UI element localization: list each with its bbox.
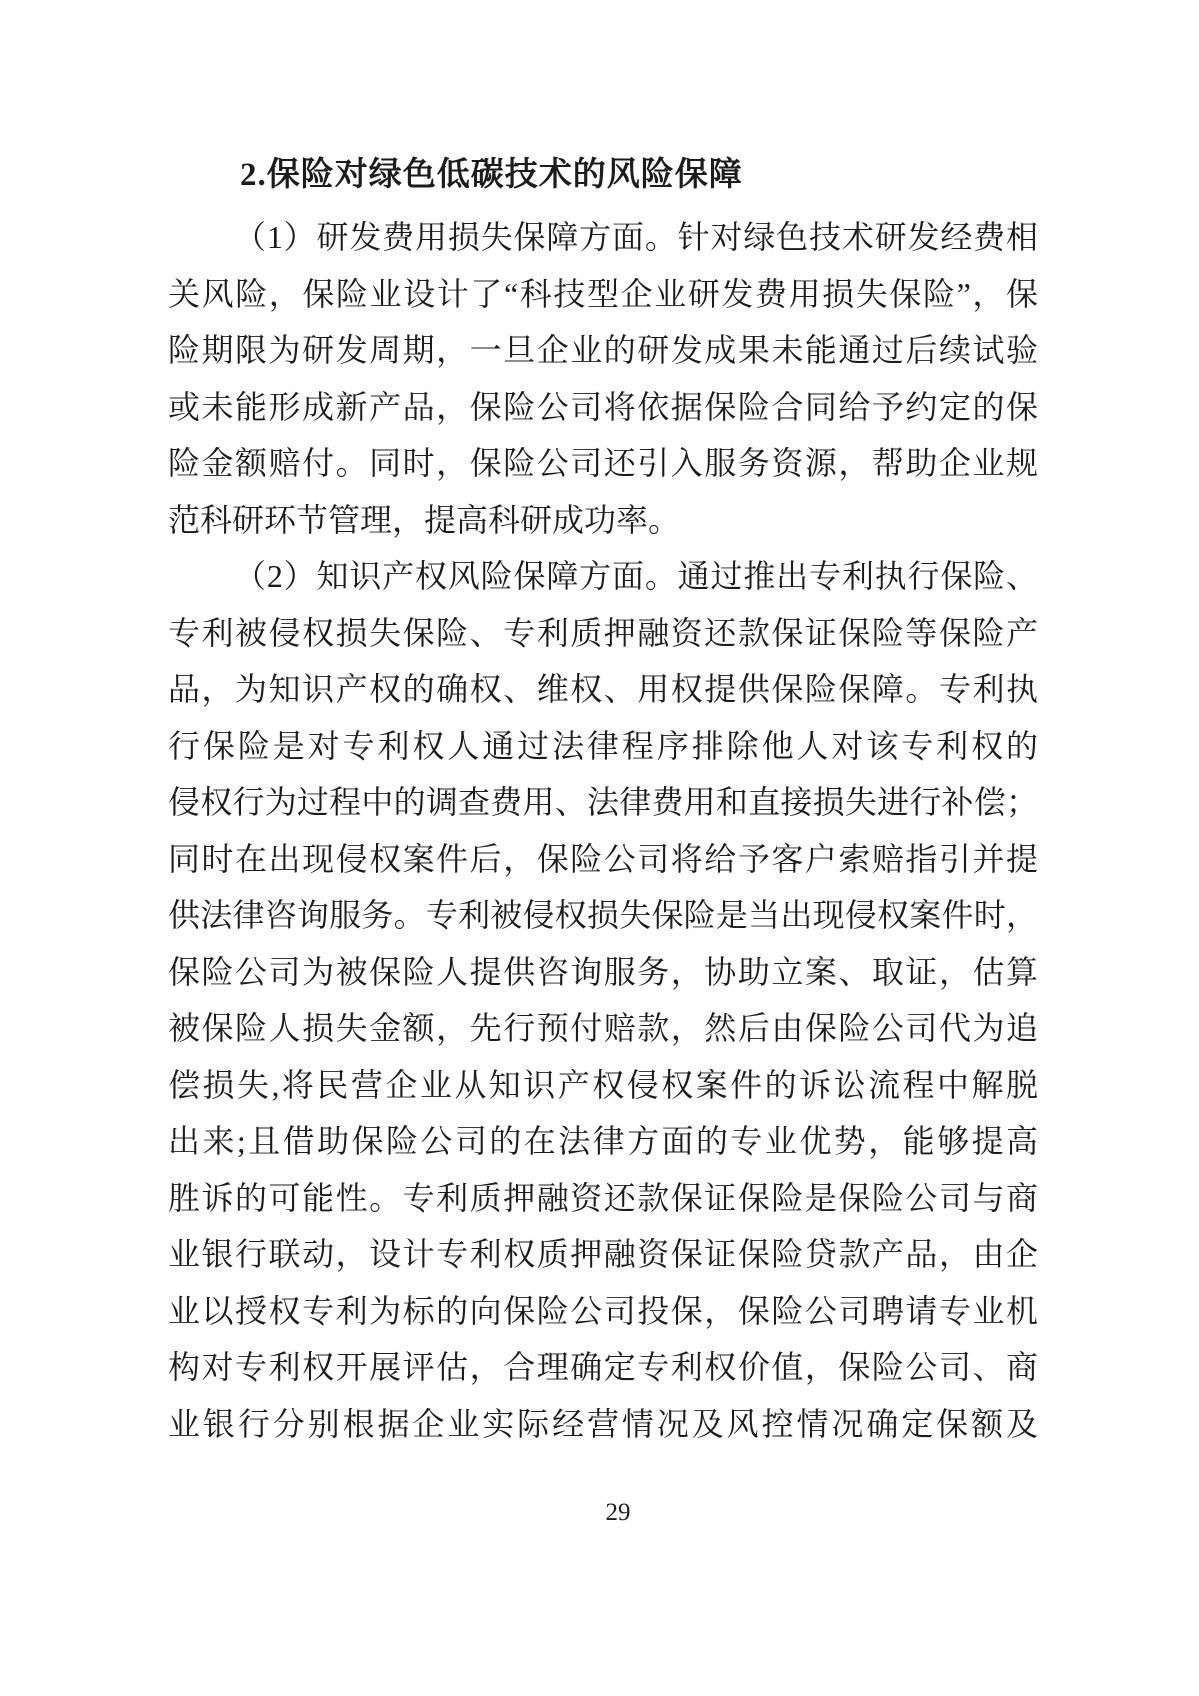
document-body: （1）研发费用损失保障方面。针对绿色技术研发经费相 关风险，保险业设计了“科技型… [168,209,1038,1452]
text-line: 或未能形成新产品，保险公司将依据保险合同给予约定的保 [168,379,1038,436]
section-heading: 2.保险对绿色低碳技术的风险保障 [168,147,1038,203]
page-number: 29 [0,1496,1199,1530]
text-line: 范科研环节管理，提高科研成功率。 [168,492,1038,549]
text-line: 供法律咨询服务。专利被侵权损失保险是当出现侵权案件时， [168,887,1038,944]
text-line: 品，为知识产权的确权、维权、用权提供保险保障。专利执 [168,661,1038,718]
text-line: 出来;且借助保险公司的在法律方面的专业优势，能够提高 [168,1113,1038,1170]
text-line: 同时在出现侵权案件后，保险公司将给予客户索赔指引并提 [168,831,1038,888]
text-line: 关风险，保险业设计了“科技型企业研发费用损失保险”，保 [168,266,1038,323]
text-line: 胜诉的可能性。专利质押融资还款保证保险是保险公司与商 [168,1170,1038,1227]
text-line: 业银行联动，设计专利权质押融资保证保险贷款产品，由企 [168,1226,1038,1283]
text-line: （2）知识产权风险保障方面。通过推出专利执行保险、 [168,548,1038,605]
text-line: 被保险人损失金额，先行预付赔款，然后由保险公司代为追 [168,1000,1038,1057]
text-line: 险金额赔付。同时，保险公司还引入服务资源，帮助企业规 [168,435,1038,492]
text-line: 侵权行为过程中的调查费用、法律费用和直接损失进行补偿； [168,774,1038,831]
text-line: 偿损失,将民营企业从知识产权侵权案件的诉讼流程中解脱 [168,1057,1038,1114]
text-line: 险期限为研发周期，一旦企业的研发成果未能通过后续试验 [168,322,1038,379]
text-line: 专利被侵权损失保险、专利质押融资还款保证保险等保险产 [168,605,1038,662]
text-line: （1）研发费用损失保障方面。针对绿色技术研发经费相 [168,209,1038,266]
text-line: 保险公司为被保险人提供咨询服务，协助立案、取证，估算 [168,944,1038,1001]
text-line: 业以授权专利为标的向保险公司投保，保险公司聘请专业机 [168,1283,1038,1340]
text-line: 行保险是对专利权人通过法律程序排除他人对该专利权的 [168,718,1038,775]
text-line: 构对专利权开展评估，合理确定专利权价值，保险公司、商 [168,1339,1038,1396]
text-line: 业银行分别根据企业实际经营情况及风控情况确定保额及 [168,1396,1038,1453]
document-page: 2.保险对绿色低碳技术的风险保障 （1）研发费用损失保障方面。针对绿色技术研发经… [0,0,1199,1696]
